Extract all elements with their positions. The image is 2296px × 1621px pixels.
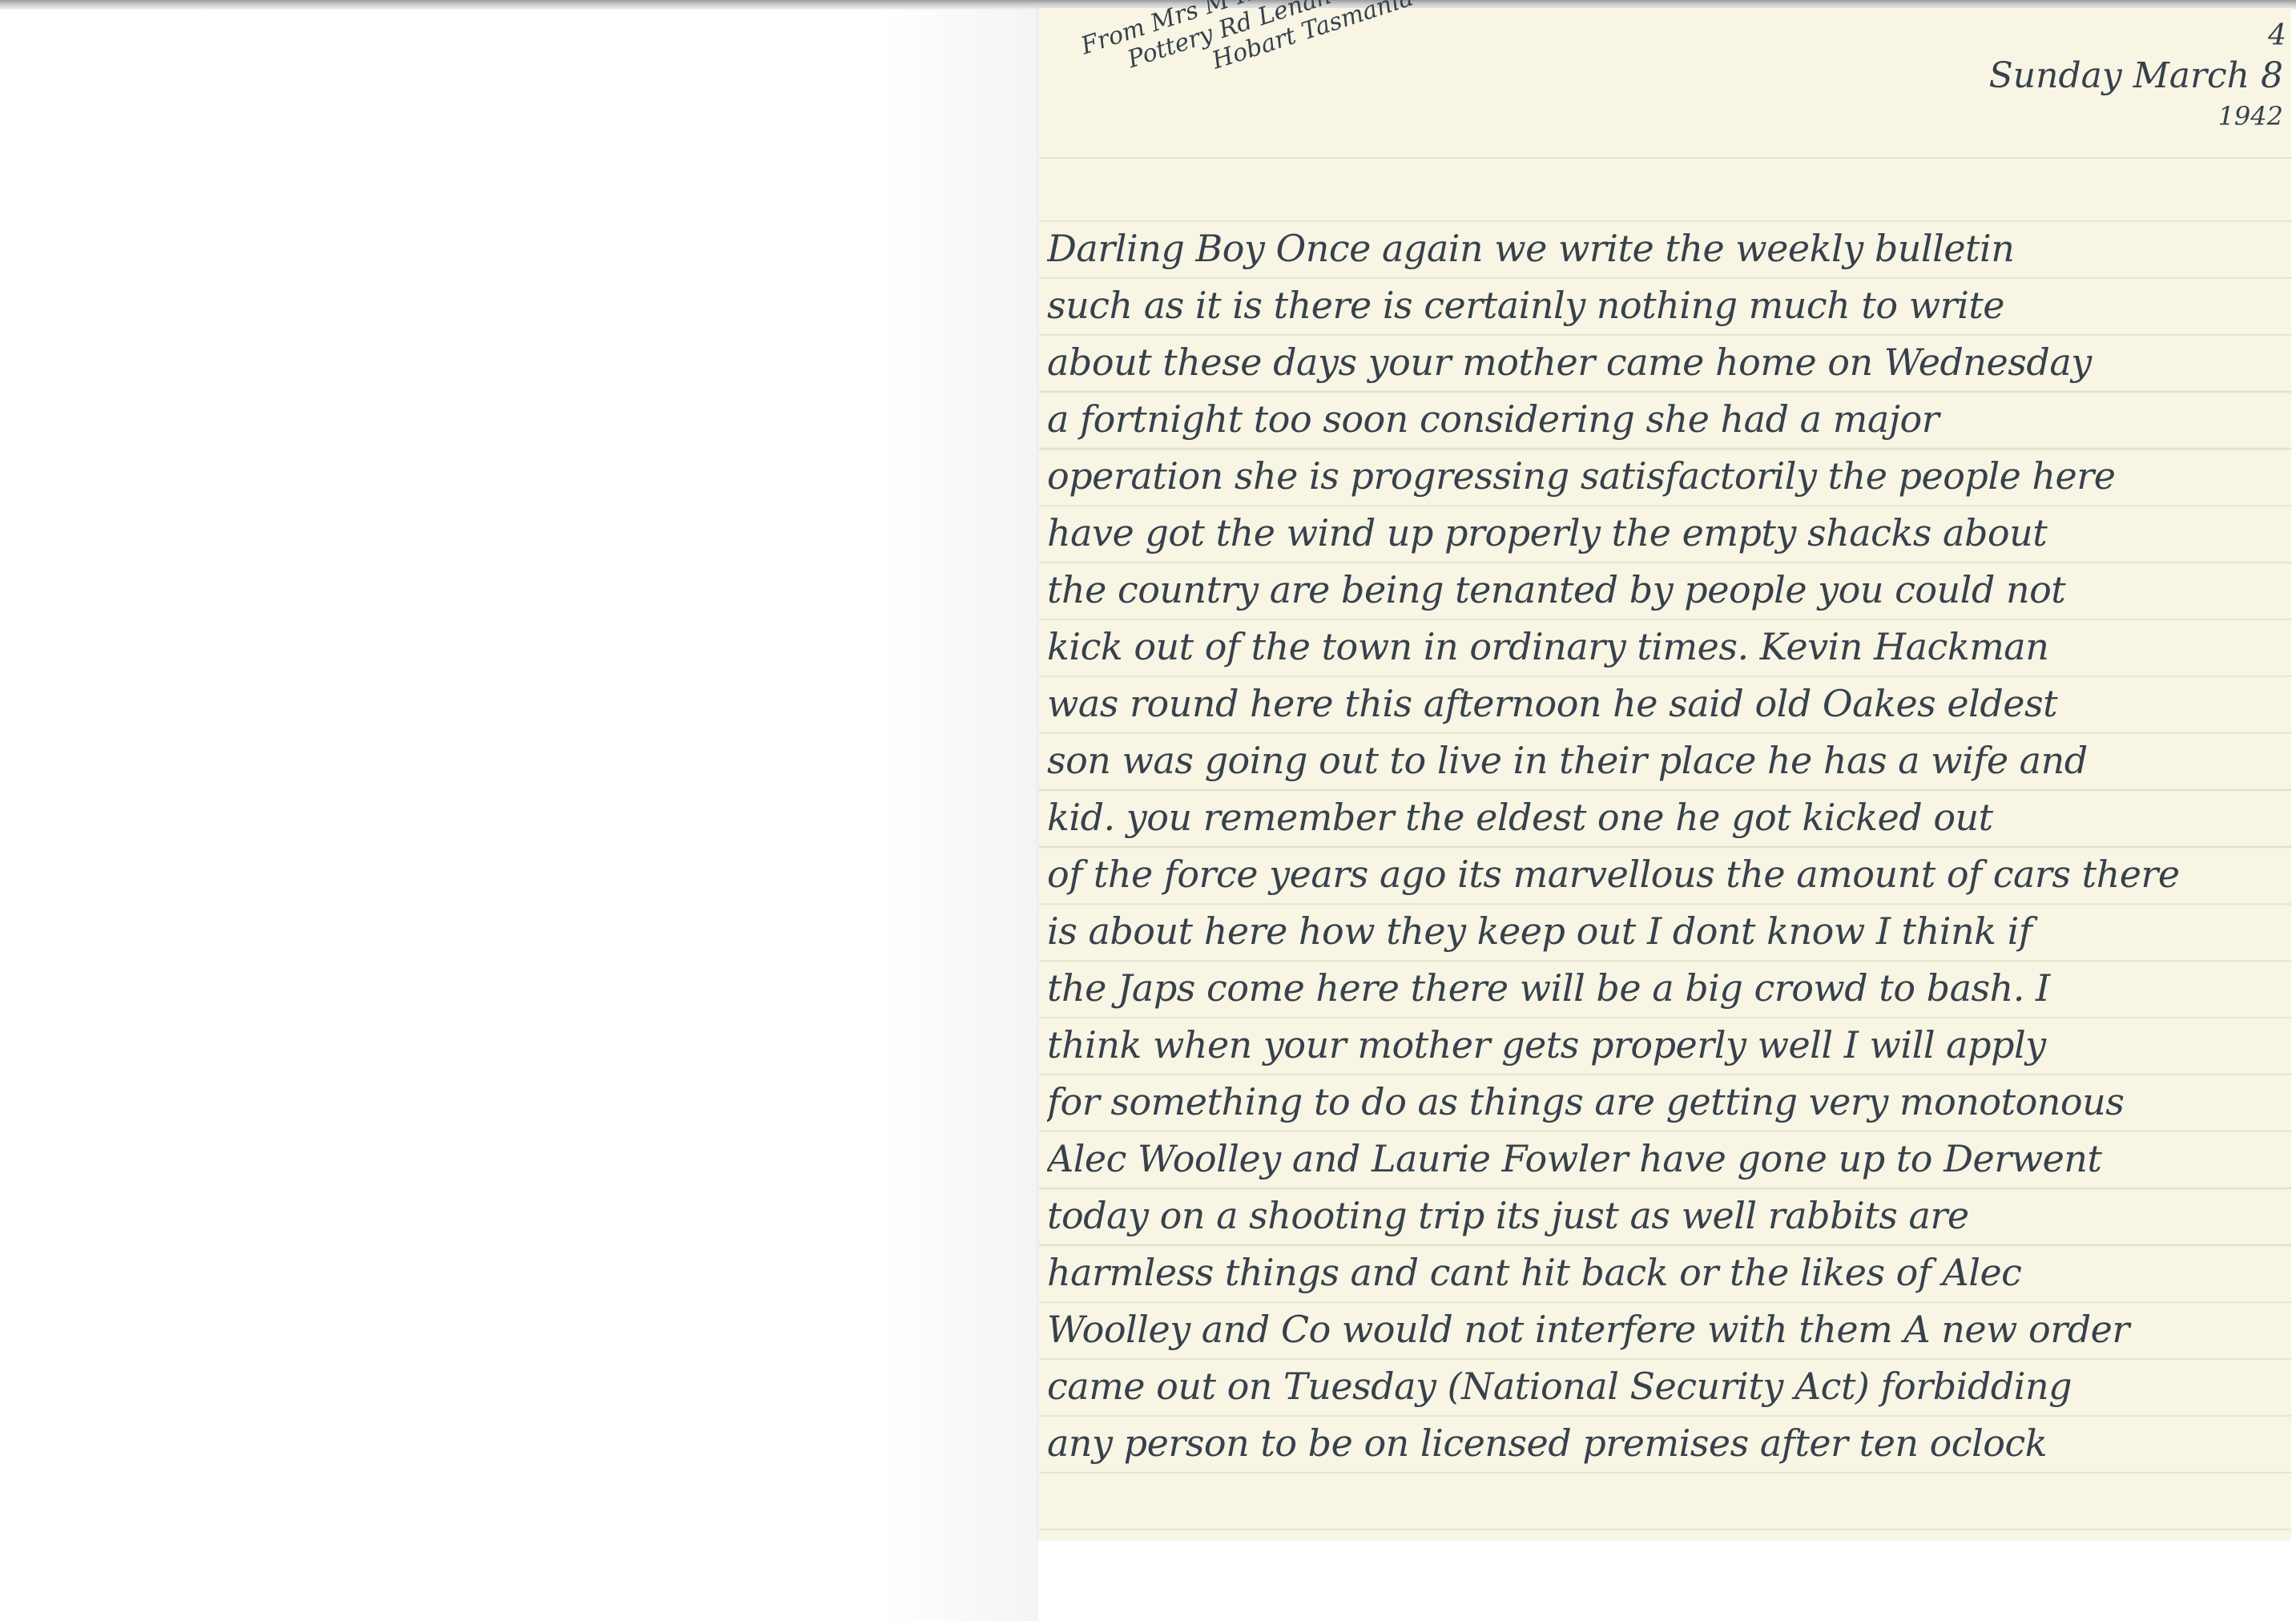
letter-line: is about here how they keep out I dont k… [1047, 903, 2285, 960]
letter-line: Alec Woolley and Laurie Fowler have gone… [1047, 1131, 2285, 1188]
letter-line: of the force years ago its marvellous th… [1047, 846, 2285, 903]
letter-date: Sunday March 8 1942 [1989, 56, 2283, 136]
letter-line: a fortnight too soon considering she had… [1047, 391, 2285, 448]
letter-line: harmless things and cant hit back or the… [1047, 1244, 2285, 1301]
letter-line: today on a shooting trip its just as wel… [1047, 1188, 2285, 1244]
letter-line: was round here this afternoon he said ol… [1047, 675, 2285, 732]
sender-address: From Mrs M Hackman Pottery Rd Lenah Vall… [1078, 0, 1420, 112]
letter-line: Woolley and Co would not interfere with … [1047, 1301, 2285, 1358]
date-year: 1942 [1989, 96, 2283, 136]
letter-line: kid. you remember the eldest one he got … [1047, 789, 2285, 846]
letter-line: for something to do as things are gettin… [1047, 1074, 2285, 1131]
page-number: 4 [2268, 19, 2286, 52]
letter-body: Darling Boy Once again we write the week… [1047, 220, 2285, 1472]
letter-line: the Japs come here there will be a big c… [1047, 960, 2285, 1017]
letter-line: the country are being tenanted by people… [1047, 562, 2285, 619]
letter-line: any person to be on licensed premises af… [1047, 1415, 2285, 1472]
ruled-line [1039, 157, 2291, 159]
blank-left-page [0, 10, 1038, 1621]
letter-line: about these days your mother came home o… [1047, 334, 2285, 391]
letter-line: operation she is progressing satisfactor… [1047, 448, 2285, 505]
letter-line: son was going out to live in their place… [1047, 732, 2285, 789]
letter-line: kick out of the town in ordinary times. … [1047, 619, 2285, 675]
letter-line: Darling Boy Once again we write the week… [1047, 220, 2285, 277]
date-line: Sunday March 8 [1989, 55, 2283, 96]
letter-line: have got the wind up properly the empty … [1047, 505, 2285, 562]
letter-line: came out on Tuesday (National Security A… [1047, 1358, 2285, 1415]
letter-line: think when your mother gets properly wel… [1047, 1017, 2285, 1074]
letter-page: 4 From Mrs M Hackman Pottery Rd Lenah Va… [1039, 8, 2291, 1540]
letter-line: such as it is there is certainly nothing… [1047, 277, 2285, 334]
